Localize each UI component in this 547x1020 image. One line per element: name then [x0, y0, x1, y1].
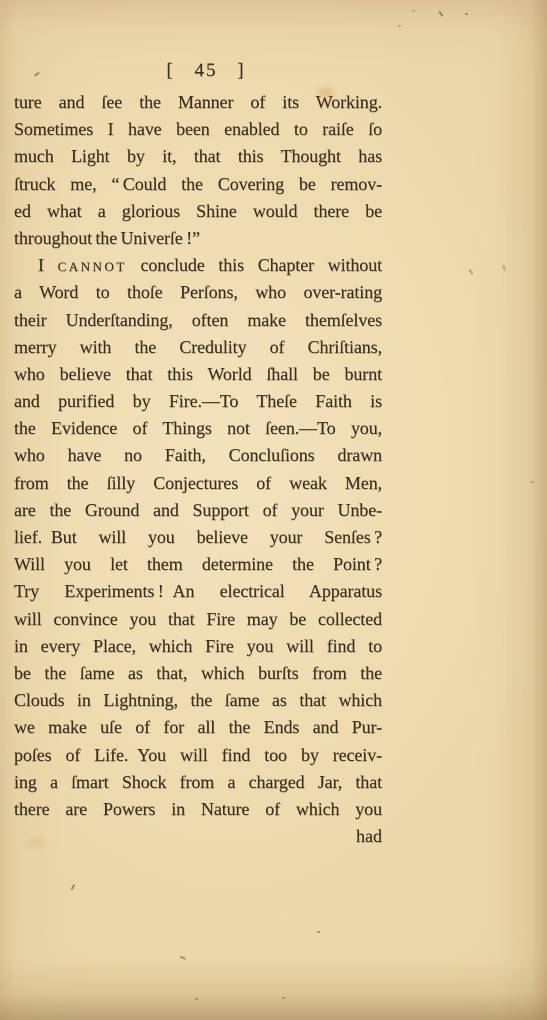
small-caps-word: cannot	[58, 255, 127, 275]
text-line: ing a ſmart Shock from a charged Jar, th…	[14, 769, 382, 796]
paper-speck	[180, 956, 186, 960]
paper-stain	[318, 88, 334, 98]
paper-stain	[26, 838, 46, 847]
text-line: in every Place, which Fire you will find…	[14, 633, 382, 660]
text-line: Try Experiments ! An electrical Apparatu…	[14, 578, 382, 605]
text-line: ed what a glorious Shine would there be	[14, 198, 382, 225]
paper-speck	[195, 998, 198, 1000]
paper-speck	[531, 481, 534, 483]
book-page: [ 45 ] ture and ſee the Manner of its Wo…	[0, 0, 547, 1020]
paper-speck	[412, 10, 415, 12]
text-line: and purified by Fire.—To Theſe Faith is	[14, 388, 382, 415]
text-line: be the ſame as that, which burſts from t…	[14, 660, 382, 687]
text-line: poſes of Life. You will find too by rece…	[14, 742, 382, 769]
text-line: their Underſtanding, often make themſelv…	[14, 307, 382, 334]
catchword: had	[14, 826, 382, 847]
text-line: Sometimes I have been enabled to raiſe ſ…	[14, 116, 382, 143]
text-line: from the ſilly Conjectures of weak Men,	[14, 470, 382, 497]
paper-speck	[282, 997, 285, 999]
text-line: who have no Faith, Concluſions drawn	[14, 442, 382, 469]
text-line: the Evidence of Things not ſeen.—To you,	[14, 415, 382, 442]
text-line: we make uſe of for all the Ends and Pur-	[14, 714, 382, 741]
text-line: a Word to thoſe Perſons, who over-rating	[14, 279, 382, 306]
paper-speck	[317, 931, 320, 933]
paper-speck	[71, 884, 75, 890]
text-line: much Light by it, that this Thought has	[14, 143, 382, 170]
text-line: merry with the Credulity of Chriſtians,	[14, 334, 382, 361]
paper-speck	[465, 13, 468, 15]
text-line: throughout the Univerſe !”	[14, 225, 382, 252]
paper-speck	[398, 25, 401, 27]
text-line: ſtruck me, “ Could the Covering be remov…	[14, 171, 382, 198]
paper-speck	[468, 269, 473, 275]
page-number: [ 45 ]	[26, 60, 386, 82]
text-line: are the Ground and Support of your Unbe-	[14, 497, 382, 524]
text-line: there are Powers in Nature of which you	[14, 796, 382, 823]
text-line: Clouds in Lightning, the ſame as that wh…	[14, 687, 382, 714]
paper-speck	[438, 11, 443, 17]
text-line: lief. But will you believe your Senſes ?	[14, 524, 382, 551]
text-line: will convince you that Fire may be colle…	[14, 606, 382, 633]
text-block: ture and ſee the Manner of its Working.S…	[14, 89, 382, 823]
text-line: I cannot conclude this Chapter without	[14, 252, 382, 279]
text-line: Will you let them determine the Point ?	[14, 551, 382, 578]
paper-speck	[502, 265, 505, 271]
text-line: who believe that this World ſhall be bur…	[14, 361, 382, 388]
